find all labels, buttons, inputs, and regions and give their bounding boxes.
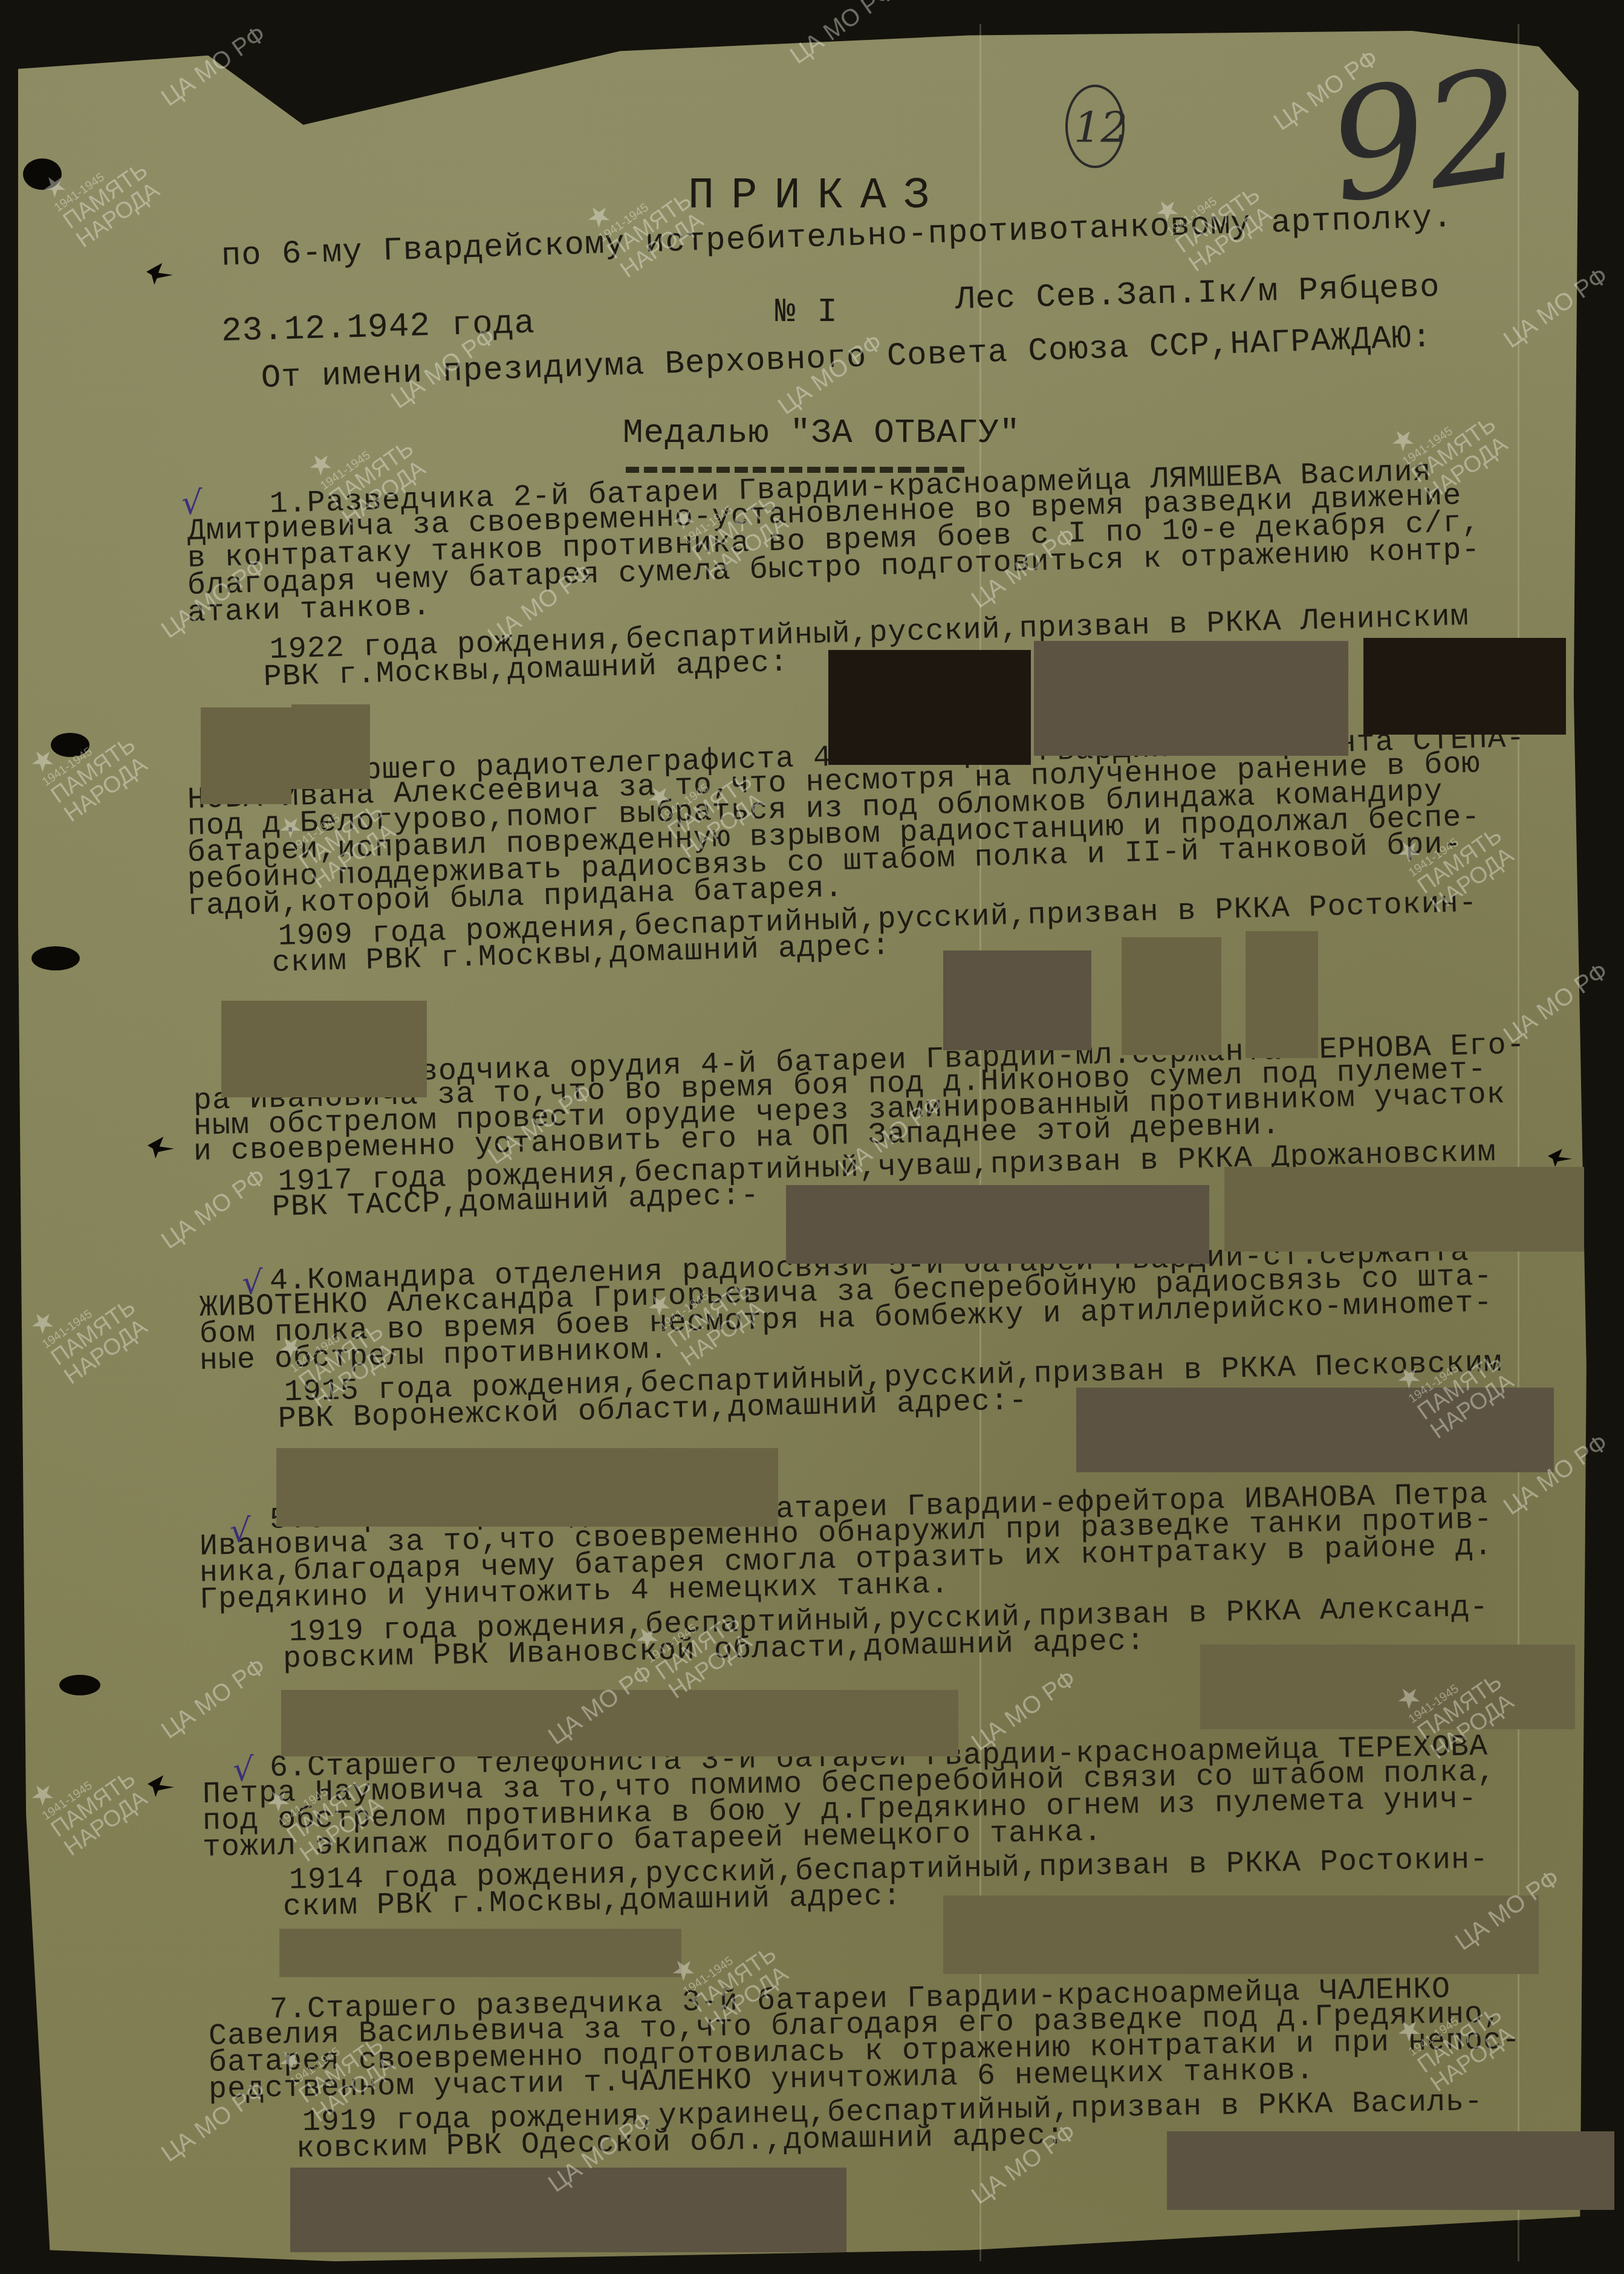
archive-number-handwritten: 12 (1074, 103, 1128, 152)
redaction-box (1224, 1167, 1584, 1252)
checkmark-icon: √ (230, 1512, 250, 1550)
punch-hole (31, 946, 80, 970)
checkmark-icon: √ (242, 1264, 262, 1302)
redaction-box (786, 1185, 1209, 1264)
redaction-box (221, 1001, 427, 1097)
redaction-box (279, 1929, 681, 1977)
checkmark-icon: √ (233, 1750, 253, 1788)
punch-hole (59, 1675, 100, 1695)
redaction-box (828, 650, 1031, 765)
document-title: ПРИКАЗ (688, 174, 946, 218)
redaction-box (1363, 638, 1566, 735)
redaction-box (1167, 2131, 1614, 2210)
redaction-box (943, 1896, 1539, 1974)
redaction-box (1122, 937, 1221, 1055)
redaction-box (276, 1448, 778, 1527)
redaction-box (1034, 641, 1348, 756)
redaction-box (201, 707, 291, 804)
redaction-box (943, 950, 1091, 1050)
checkmark-icon: √ (181, 484, 202, 522)
redaction-box (1246, 931, 1318, 1058)
award-name: Медалью "ЗА ОТВАГУ" (623, 416, 1021, 450)
document-number: № I (775, 295, 838, 329)
redaction-box (1200, 1645, 1575, 1729)
